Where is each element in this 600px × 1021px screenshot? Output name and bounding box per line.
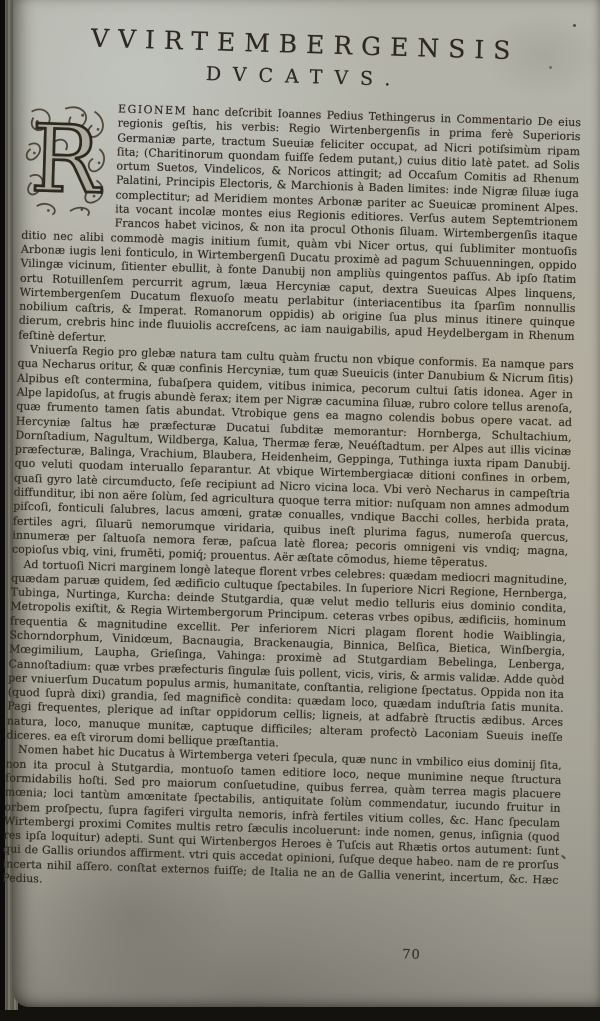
body-paragraph: Vniuerſa Regio pro glebæ natura tam cult… [12,343,574,574]
drop-cap-letter: R [29,104,104,214]
book-photo: VVIRTEMBERGENSIS DVCATVS. [0,0,600,1021]
page-content: VVIRTEMBERGENSIS DVCATVS. [2,12,584,902]
body-paragraph: R EGIONEM hanc deſcribit Ioannes Pedius … [18,100,581,359]
body-paragraph: Ad tortuoſi Nicri marginem longè lateque… [6,557,567,759]
body-text: R EGIONEM hanc deſcribit Ioannes Pedius … [2,100,581,902]
foxing-speck [573,24,576,27]
lead-word: EGIONEM [118,102,187,117]
body-paragraph: Nomen habet hic Ducatus à Wirtemberga ve… [2,743,562,902]
page-number: 70 [402,947,421,963]
drop-cap: R [22,102,109,218]
drop-cap-ornament: R [22,102,109,218]
foxing-speck [561,855,566,860]
